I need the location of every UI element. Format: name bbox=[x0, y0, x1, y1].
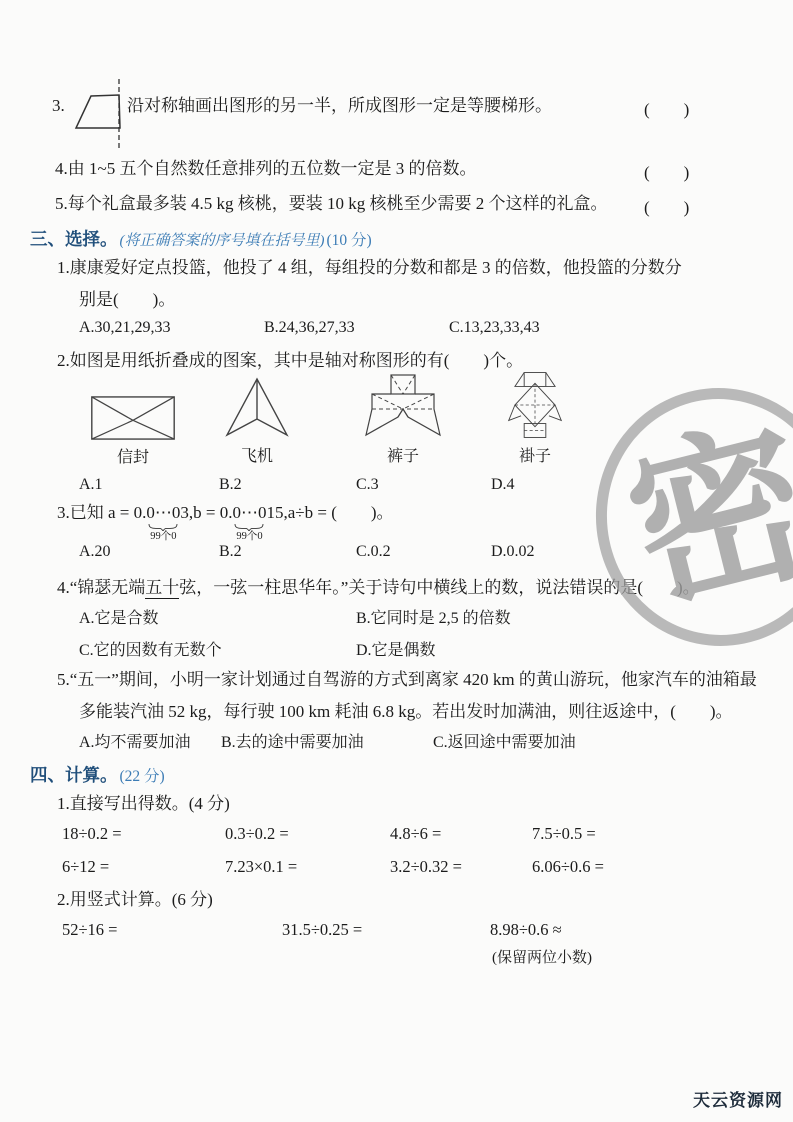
site-credit: 天云资源网 bbox=[693, 1086, 783, 1111]
figure-jacket: 褂子 bbox=[492, 371, 578, 466]
figure-jacket-label: 褂子 bbox=[519, 443, 551, 466]
choice-q2-options: A.1 B.2 C.3 D.4 bbox=[79, 474, 515, 496]
figure-envelope-label: 信封 bbox=[117, 444, 149, 467]
confidential-stamp: 密 bbox=[583, 376, 793, 658]
figure-airplane: 飞机 bbox=[213, 377, 301, 466]
figure-pants: 裤子 bbox=[358, 373, 448, 466]
choice-q1-line2: 别是( )。 bbox=[79, 289, 175, 311]
choice-q2-option-a: A.1 bbox=[79, 474, 219, 496]
choice-q4-option-d: D.它是偶数 bbox=[356, 640, 436, 662]
exam-page: 3. 沿对称轴画出图形的另一半，所成图形一定是等腰梯形。 ( ) 4.由 1~5… bbox=[0, 0, 793, 1122]
judge-q3-answer-blank: ( ) bbox=[644, 95, 689, 120]
figure-pants-label: 裤子 bbox=[387, 443, 419, 466]
mental-expr-8: 6.06÷0.6 = bbox=[532, 856, 604, 878]
calc-section-title: 四、计算。 bbox=[30, 765, 118, 785]
choice-q4-options-row1: A.它是合数 B.它同时是 2,5 的倍数 bbox=[79, 608, 511, 630]
choice-q3-zeros-a: 0⋯0 99个0 bbox=[146, 502, 180, 542]
mental-expr-3: 4.8÷6 = bbox=[390, 823, 532, 845]
judge-q3-number: 3. bbox=[52, 95, 65, 117]
choice-section-note: (将正确答案的序号填在括号里) bbox=[120, 233, 325, 249]
choice-q1-option-a: A.30,21,29,33 bbox=[79, 317, 264, 339]
figure-airplane-label: 飞机 bbox=[241, 443, 273, 466]
judge-q4-text: 4.由 1~5 五个自然数任意排列的五位数一定是 3 的倍数。 bbox=[55, 158, 476, 180]
mental-math-title: 1.直接写出得数。(4 分) bbox=[57, 793, 230, 815]
figure-envelope: 信封 bbox=[88, 396, 178, 467]
vertical-expr-2: 31.5÷0.25 = bbox=[282, 919, 490, 941]
choice-q1-option-b: B.24,36,27,33 bbox=[264, 317, 449, 339]
choice-q4-option-b: B.它同时是 2,5 的倍数 bbox=[356, 608, 511, 630]
choice-q5-line2: 多能装汽油 52 kg，每行驶 100 km 耗油 6.8 kg。若出发时加满油… bbox=[79, 701, 733, 723]
mental-expr-2: 0.3÷0.2 = bbox=[225, 823, 390, 845]
mental-expr-6: 7.23×0.1 = bbox=[225, 856, 390, 878]
choice-q3-options: A.20 B.2 C.0.2 D.0.02 bbox=[79, 541, 535, 563]
mental-expr-5: 6÷12 = bbox=[62, 856, 225, 878]
jacket-icon bbox=[499, 371, 571, 439]
judge-q5-answer-blank: ( ) bbox=[644, 193, 689, 218]
choice-section-header: 三、选择。(将正确答案的序号填在括号里)(10 分) bbox=[30, 228, 372, 252]
confidential-stamp-char: 密 bbox=[613, 411, 793, 623]
choice-q3-part3: 15,a÷b = ( )。 bbox=[266, 502, 393, 524]
judge-q4-answer-blank: ( ) bbox=[644, 158, 689, 183]
mental-math-row1: 18÷0.2 = 0.3÷0.2 = 4.8÷6 = 7.5÷0.5 = bbox=[62, 823, 596, 845]
vertical-expr-1: 52÷16 = bbox=[62, 919, 282, 941]
rounding-note: (保留两位小数) bbox=[492, 946, 592, 967]
choice-q4-options-row2: C.它的因数有无数个 D.它是偶数 bbox=[79, 640, 436, 662]
choice-q3-part1: 3.已知 a = 0. bbox=[57, 502, 146, 524]
choice-q1-line1: 1.康康爱好定点投篮，他投了 4 组，每组投的分数和都是 3 的倍数，他投篮的分… bbox=[57, 257, 682, 279]
choice-q2-option-d: D.4 bbox=[491, 474, 515, 496]
choice-q5-option-a: A.均不需要加油 bbox=[79, 732, 221, 754]
choice-q3-part2: 3,b = 0. bbox=[180, 502, 232, 524]
choice-q3-option-a: A.20 bbox=[79, 541, 219, 563]
choice-q3-option-c: C.0.2 bbox=[356, 541, 491, 563]
symmetry-axis-trapezoid-figure bbox=[66, 78, 136, 152]
mental-expr-1: 18÷0.2 = bbox=[62, 823, 225, 845]
choice-q4-option-a: A.它是合数 bbox=[79, 608, 356, 630]
choice-q4-statement: 4.“锦瑟无端五十弦，一弦一柱思华年。”关于诗句中横线上的数，说法错误的是( )… bbox=[57, 577, 700, 599]
judge-q3-text: 沿对称轴画出图形的另一半，所成图形一定是等腰梯形。 bbox=[127, 95, 552, 117]
vertical-expr-3: 8.98÷0.6 ≈ bbox=[490, 919, 562, 941]
judge-q5-text: 5.每个礼盒最多装 4.5 kg 核桃，要装 10 kg 核桃至少需要 2 个这… bbox=[55, 193, 608, 215]
choice-q4-underlined: 五十 bbox=[145, 578, 179, 599]
choice-q5-option-b: B.去的途中需要加油 bbox=[221, 732, 433, 754]
choice-q3-statement: 3.已知 a = 0. 0⋯0 99个0 3,b = 0. 0⋯0 99个0 1… bbox=[57, 502, 394, 542]
choice-q2-option-c: C.3 bbox=[356, 474, 491, 496]
underbrace-icon bbox=[147, 524, 179, 531]
choice-q5-options: A.均不需要加油 B.去的途中需要加油 C.返回途中需要加油 bbox=[79, 732, 576, 754]
choice-section-score: (10 分) bbox=[327, 232, 372, 249]
choice-q1-options: A.30,21,29,33 B.24,36,27,33 C.13,23,33,4… bbox=[79, 317, 540, 339]
choice-q3-option-b: B.2 bbox=[219, 541, 356, 563]
choice-q3-option-d: D.0.02 bbox=[491, 541, 535, 563]
vertical-calc-title: 2.用竖式计算。(6 分) bbox=[57, 889, 213, 911]
choice-q2-text: 2.如图是用纸折叠成的图案，其中是轴对称图形的有( )个。 bbox=[57, 350, 523, 372]
underbrace-icon bbox=[233, 524, 265, 531]
pants-icon bbox=[364, 373, 442, 439]
mental-math-row2: 6÷12 = 7.23×0.1 = 3.2÷0.32 = 6.06÷0.6 = bbox=[62, 856, 604, 878]
choice-section-title: 三、选择。 bbox=[30, 229, 118, 249]
vertical-calc-row: 52÷16 = 31.5÷0.25 = 8.98÷0.6 ≈ bbox=[62, 919, 562, 941]
choice-q5-option-c: C.返回途中需要加油 bbox=[433, 732, 576, 754]
envelope-icon bbox=[90, 396, 176, 440]
calc-section-score: (22 分) bbox=[120, 768, 165, 785]
choice-q3-zeros-b: 0⋯0 99个0 bbox=[232, 502, 266, 542]
paper-airplane-icon bbox=[221, 377, 293, 439]
choice-q4-pre: 4.“锦瑟无端 bbox=[57, 578, 145, 597]
choice-q4-option-c: C.它的因数有无数个 bbox=[79, 640, 356, 662]
mental-expr-7: 3.2÷0.32 = bbox=[390, 856, 532, 878]
mental-expr-4: 7.5÷0.5 = bbox=[532, 823, 596, 845]
calc-section-header: 四、计算。(22 分) bbox=[30, 764, 165, 788]
choice-q5-line1: 5.“五一”期间，小明一家计划通过自驾游的方式到离家 420 km 的黄山游玩，… bbox=[57, 669, 757, 691]
choice-q1-option-c: C.13,23,33,43 bbox=[449, 317, 540, 339]
choice-q2-option-b: B.2 bbox=[219, 474, 356, 496]
